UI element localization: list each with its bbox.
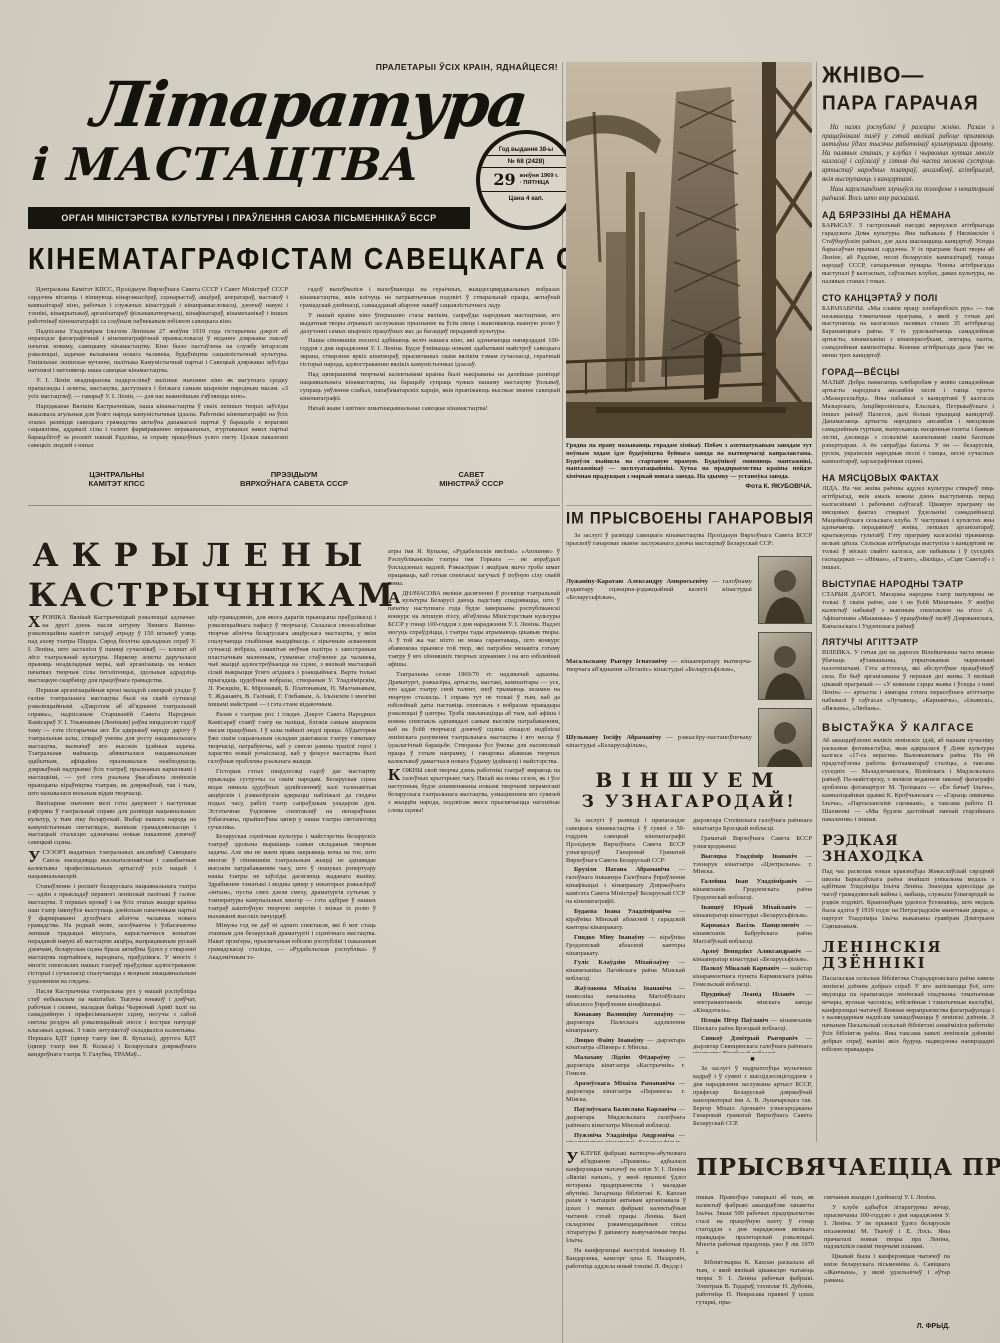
harvest-section-title: ЛЕНІНСКІЯ ДЗЁННІКІ — [822, 940, 994, 972]
lead-paragraph: Падпісаны Уладзімірам Ільічом Леніным 27… — [28, 328, 288, 375]
plant-photo-graphic — [566, 62, 812, 438]
bottom-paragraph: У КЛУБЕ фабрыкі вытворча-абутковага аб'я… — [566, 1150, 686, 1245]
harvest-headline-line1: ЖНІВО— — [822, 62, 994, 88]
bottom-col-a: У КЛУБЕ фабрыкі вытворча-абутковага аб'я… — [566, 1150, 686, 1340]
october-paragraph: Беларуская сцэнічная культура і майстэрс… — [208, 833, 376, 920]
bottom-article: ПРЫСВЯЧАЕЦЦА ПРАВАДЫРУ У КЛУБЕ фабрыкі в… — [566, 1148, 1000, 1343]
honoree-portrait — [758, 708, 812, 767]
award-entry: Конакаву Валянціну Антонаўну — дырэктара… — [566, 1011, 685, 1035]
harvest-section-text: БАРАНАВІЧЫ. «Мы славім працу хлебаробскі… — [822, 305, 994, 360]
october-paragraph: Пасля Кастрычніка тэатральны рух у нашай… — [28, 988, 196, 1059]
award-entry: Арлоў Венядзікт Аляксандравіч — кінаапер… — [693, 948, 812, 964]
october-paragraph: АДНАЧАСОВА вялікія дасягненні ў росквіце… — [388, 590, 560, 669]
badge-weekday: · ПЯТНІЦА — [520, 180, 550, 186]
signature-sovmin: САВЕТМІНІСТРАЎ СССР — [383, 470, 560, 488]
harvest-section-title: НА МЯСЦОВЫХ ФАКТАХ — [822, 473, 994, 483]
award-entry: Жаўлакова Міхаіла Іванавіча — намесніка … — [566, 985, 685, 1009]
award-entry: Іванцоў Юрый Міхайлавіч — кінааператар к… — [693, 904, 812, 920]
badge-month: жніўня 1969 г. — [520, 173, 559, 179]
harvest-section-title: ЛЯТУЧЫ АГІТТЭАТР — [822, 637, 994, 647]
harvest-section-text: Аб ажыццяўленні вялікіх ленінскіх ідэй, … — [822, 737, 994, 824]
harvest-section-title: ВЫСТУПАЕ НАРОДНЫ ТЭАТР — [822, 579, 994, 589]
badge-price: Цана 4 кап. — [480, 192, 572, 205]
honoree-entry: Масальскаму Рыгору Ігнатавічу — кінаапер… — [566, 632, 812, 700]
bottom-paragraph: У клубе адбыўся літаратурны вечар, прысв… — [824, 1204, 950, 1251]
awards-note: За заслугі ў падрыхтоўцы музычных кадраў… — [693, 1065, 812, 1128]
newspaper-title-line2: і МАСТАЦТВА — [30, 138, 422, 191]
award-entry: Малахаву Лідзію Фёдараўну — дырэктара кі… — [566, 1054, 685, 1078]
award-entry: Палкоў Мікалай Карпавіч — майстар кінара… — [693, 965, 812, 989]
column-rule — [816, 62, 817, 1142]
harvest-section-title: СТО КАНЦЭРТАЎ У ПОЛІ — [822, 293, 994, 303]
lead-paragraph: Няхай жыве і квітнее шматнацыянальнае са… — [300, 405, 560, 413]
october-paragraph: атры імя Я. Купалы, «Рудабельскія вясёлк… — [388, 548, 560, 588]
harvest-section-title: ВЫСТАЎКА Ў КАЛГАСЕ — [822, 722, 994, 734]
award-entry: Пруднікаў Леанід Нілавіч — электрамантаж… — [693, 991, 812, 1015]
bottom-paragraph: Бібліятэкарка К. Каплан расказала аб тым… — [696, 1259, 814, 1306]
award-entry: Брузіля Натана Абрамавіча — галоўнага ін… — [566, 866, 685, 906]
lead-paragraph: У. І. Ленін неаднаразова падкрэсліваў вя… — [28, 377, 288, 401]
award-entry: Псоцік Пётр Паўлавіч — кінамеханік Пінск… — [693, 1017, 812, 1033]
badge-date: 29 жніўня 1969 г. · ПЯТНІЦА — [480, 168, 572, 192]
october-col-2: цёр-грамадзянін, для якога дарагія прынц… — [208, 614, 376, 1343]
awards-col-1: За заслугі ў развіцці і прапагандзе саве… — [566, 817, 685, 1142]
october-paragraph: КОЖНЫ свой творчы дзень работнікі тэатра… — [388, 767, 560, 814]
award-entry: Паўлоўскага Баляслава Карлавіча — дырэкт… — [566, 1106, 685, 1130]
harvest-lead-paragraph: На палях рэспублікі ў разгары жніво. Раз… — [822, 124, 994, 184]
award-entry: Карнавал Васіль Панцеляевіч — кінамехані… — [693, 922, 812, 946]
award-entry: Граматай Вярхоўнага Савета БССР узнагаро… — [693, 835, 812, 851]
award-entry: Будаева Івана Уладзіміравіча — кіраўніка… — [566, 908, 685, 932]
honors-headline: ІМ ПРЫСВОЕНЫ ГАНАРОВЫЯ ЗВАННІ — [566, 509, 812, 528]
award-entry: дырэктара Столінскага галоўнага раённага… — [693, 817, 812, 833]
newspaper-page: ПРАЛЕТАРЫІ ЎСІХ КРАІН, ЯДНАЙЦЕСЯ! Літара… — [0, 0, 1000, 1343]
award-entry: Высоцка Уладзімір Іванавіч — тэхнарук кі… — [693, 853, 812, 877]
bottom-paragraph: іншыя. Прамоўцы гаварылі аб тым, як кале… — [696, 1194, 814, 1257]
square-separator: ■ — [693, 1055, 812, 1063]
awards-col-2-list: дырэктара Столінскага галоўнага раённага… — [693, 817, 812, 1053]
honoree-name: Масальскаму Рыгору Ігнатавічу — [566, 658, 667, 665]
photo-credit: Фота К. ЯКУБОВІЧА. — [566, 483, 812, 490]
divider — [28, 505, 560, 506]
masthead: ПРАЛЕТАРЫІ ЎСІХ КРАІН, ЯДНАЙЦЕСЯ! Літара… — [28, 60, 568, 230]
october-paragraph: Тэатральны сезон 1969/70 гг. надзвычай а… — [388, 671, 560, 766]
lead-paragraph: Цэнтральны Камітэт КПСС, Прэзідыум Вярхо… — [28, 286, 288, 326]
awards-col-2: дырэктара Столінскага галоўнага раённага… — [693, 817, 812, 1142]
honoree-entry: Лужаніну-Каратаю Александру Амвросьевічу… — [566, 556, 812, 624]
honoree-text: Шульману Іосіфу Абрамавічу — рэжысёру-па… — [566, 734, 752, 750]
october-paragraph: Станаўленне і росквіт беларускага нацыян… — [28, 883, 196, 986]
lead-col-1: Цэнтральны Камітэт КПСС, Прэзідыум Вярхо… — [28, 286, 288, 468]
october-paragraph: Першыя арганізацыйныя крокі маладой саве… — [28, 687, 196, 798]
badge-issue-number: № 68 (2428) — [480, 156, 572, 168]
harvest-section-text: БАРЫСАЎ. З гастрольнай паездкі вярнулася… — [822, 222, 994, 285]
october-col-3: атры імя Я. Купалы, «Рудабельскія вясёлк… — [388, 548, 560, 1343]
award-entry: Галейша Іван Уладзіміравіч — кінамеханік… — [693, 878, 812, 902]
bottom-col-c: свечаныя жыццю і дзейнасці У. І. Леніна.… — [824, 1194, 950, 1320]
author-byline: Л. ФРЫД. — [824, 1323, 950, 1330]
award-entry: Гуліс Клаўдзію Міхайлаўну — кінамеханіка… — [566, 959, 685, 983]
bottom-headline: ПРЫСВЯЧАЕЦЦА ПРАВАДЫРУ — [696, 1154, 1000, 1181]
signature-presidium: ПРЭЗІДЫУМВЯРХОЎНАГА САВЕТА СССР — [205, 470, 382, 488]
lead-article-body: Цэнтральны Камітэт КПСС, Прэзідыум Вярхо… — [28, 286, 560, 468]
honoree-portrait — [758, 632, 812, 700]
bottom-paragraph: Цікавай была і канферэнцыя чытачоў па кн… — [824, 1253, 950, 1285]
october-paragraph: Разам з тэатрам рос і гледач. Дэкрэт Сав… — [208, 711, 376, 766]
honoree-entry: Шульману Іосіфу Абрамавічу — рэжысёру-па… — [566, 708, 812, 767]
harvest-lead-paragraph: Наш карэспандэнт злучыўся па тэлефоне з … — [822, 186, 994, 203]
october-paragraph: У СУЗОР'І выдатных тэатральных ансамбляў… — [28, 849, 196, 881]
badge-day: 29 — [493, 170, 515, 189]
bottom-col-b: іншыя. Прамоўцы гаварылі аб тым, як кале… — [696, 1194, 814, 1340]
october-col-1: ХРОНІКА Вялікай Кастрычніцкай рэвалюцыі … — [28, 614, 196, 1343]
lead-paragraph: У нашай краіне кіно ўпершыню стала вялік… — [300, 312, 560, 336]
newspaper-title-line1: Літаратура — [88, 68, 531, 141]
award-entry: Сянкоў Дзмітрый Рыгоравіч — дырэктар Свя… — [693, 1035, 812, 1053]
harvest-section-text: ВІЛЕЙКА. У гэтыя дні на дарогах Вілейшчы… — [822, 649, 994, 712]
bottom-paragraph: свечаныя жыццю і дзейнасці У. І. Леніна. — [824, 1194, 950, 1202]
issue-badge: Год выдання 38-ы № 68 (2428) 29 жніўня 1… — [476, 130, 576, 230]
honors-section: ІМ ПРЫСВОЕНЫ ГАНАРОВЫЯ ЗВАННІ За заслугі… — [566, 505, 812, 767]
lead-signatures: ЦЭНТРАЛЬНЫКАМІТЭТ КПСС ПРЭЗІДЫУМВЯРХОЎНА… — [28, 470, 560, 488]
october-headline: АКРЫЛЕНЫ КАСТРЫЧНІКАМ — [28, 536, 380, 614]
harvest-lead: На палях рэспублікі ў разгары жніво. Раз… — [822, 124, 994, 203]
october-paragraph: Вялізарнае значэнне мелі гэты дакумент і… — [28, 800, 196, 847]
honoree-name: Шульману Іосіфу Абрамавічу — [566, 734, 661, 741]
signature-cc-kpss: ЦЭНТРАЛЬНЫКАМІТЭТ КПСС — [28, 470, 205, 488]
photo-caption: Гродна па праву называюць горадам хіміка… — [566, 442, 812, 481]
harvest-section-title: РЭДКАЯ ЗНАХОДКА — [822, 833, 994, 865]
harvest-section-text: СТАРЫЯ ДАРОГІ. Мясцовы народны тэатр пап… — [822, 591, 994, 631]
october-paragraph: ХРОНІКА Вялікай Кастрычніцкай рэвалюцыі … — [28, 614, 196, 685]
october-paragraph: цёр-грамадзянін, для якога дарагія прынц… — [208, 614, 376, 709]
honoree-text: Масальскаму Рыгору Ігнатавічу — кінаапер… — [566, 658, 752, 674]
plant-photo — [566, 62, 812, 438]
october-paragraph: Гісторыя гэтых пяцідзесяці гадоў дае мас… — [208, 768, 376, 831]
harvest-section-text: Пасыльская сельская бібліятэка Старадаро… — [822, 975, 994, 1054]
harvest-column: ЖНІВО— ПАРА ГАРАЧАЯ На палях рэспублікі … — [822, 62, 994, 1144]
honoree-portrait — [758, 556, 812, 624]
award-entry: Гнядко Міну Іванаўну — кіраўніка Гродзен… — [566, 934, 685, 958]
award-entry: Аразоўскага Міхаіла Раманавіча — дырэкта… — [566, 1080, 685, 1104]
photo-caption-block: Гродна па праву называюць горадам хіміка… — [566, 442, 812, 490]
awards-headline-line2: З УЗНАГАРОДАЙ! — [566, 792, 812, 812]
harvest-section-text: ЛІДА. На час жніва раённы аддзел культур… — [822, 485, 994, 572]
bottom-paragraph: На канферэнцыі выступілі інжынер Н. Банд… — [566, 1247, 686, 1271]
lead-paragraph: гадоў выхоўваліся і выхоўваюцца на гераі… — [300, 286, 560, 310]
badge-month-weekday: жніўня 1969 г. · ПЯТНІЦА — [520, 173, 559, 187]
october-headline-line2: КАСТРЫЧНІКАМ — [28, 576, 380, 614]
lead-col-2: гадоў выхоўваліся і выхоўваюцца на гераі… — [300, 286, 560, 468]
lead-headline: КІНЕМАТАГРАФІСТАМ САВЕЦКАГА САЮЗА — [28, 242, 560, 277]
award-entry: Люцко Фаіну Іванаўну — дырэктара кінатэа… — [566, 1037, 685, 1053]
awards-section: ВІНШУЕМ З УЗНАГАРОДАЙ! За заслугі ў разв… — [566, 768, 812, 1142]
harvest-headline-line2: ПАРА ГАРАЧАЯ — [822, 90, 994, 116]
honors-intro: За заслугі ў развіцці савецкага кінамаст… — [566, 532, 812, 548]
harvest-section-title: ГОРАД—ВЁСЦЫ — [822, 367, 994, 377]
lead-paragraph: Над цяперашнімі творчымі калектывамі кра… — [300, 371, 560, 403]
award-entry: За заслугі ў развіцці і прапагандзе саве… — [566, 817, 685, 864]
organ-line: ОРГАН МІНІСТЭРСТВА КУЛЬТУРЫ І ПРАЎЛЕННЯ … — [28, 207, 470, 229]
honoree-name: Лужаніну-Каратаю Александру Амвросьевічу — [566, 578, 708, 585]
harvest-section-title: АД БЯРЭЗІНЫ ДА НЁМАНА — [822, 210, 994, 220]
harvest-section-text: МАЗЫР. Добра памагаюць хлебаробам у жнів… — [822, 379, 994, 466]
october-headline-line1: АКРЫЛЕНЫ — [28, 536, 380, 574]
october-paragraph: Мінулы год не даў ні аднаго спектакля, я… — [208, 922, 376, 962]
award-entry: Пужэвіча Уладзіміра Андрэевіча — кінаапе… — [566, 1132, 685, 1142]
lead-paragraph: Нашы сённяшнія поспехі адбіваюць веліч н… — [300, 337, 560, 369]
harvest-section-text: Пад час раскопак юныя краязнаўцы Жмыслаў… — [822, 868, 994, 931]
awards-headline-line1: ВІНШУЕМ — [566, 768, 812, 792]
lead-paragraph: Народжанае Вялікім Кастрычнікам, наша кі… — [28, 403, 288, 450]
honoree-text: Лужаніну-Каратаю Александру Амвросьевічу… — [566, 578, 752, 603]
bottom-col-c-wrap: свечаныя жыццю і дзейнасці У. І. Леніна.… — [824, 1194, 950, 1340]
